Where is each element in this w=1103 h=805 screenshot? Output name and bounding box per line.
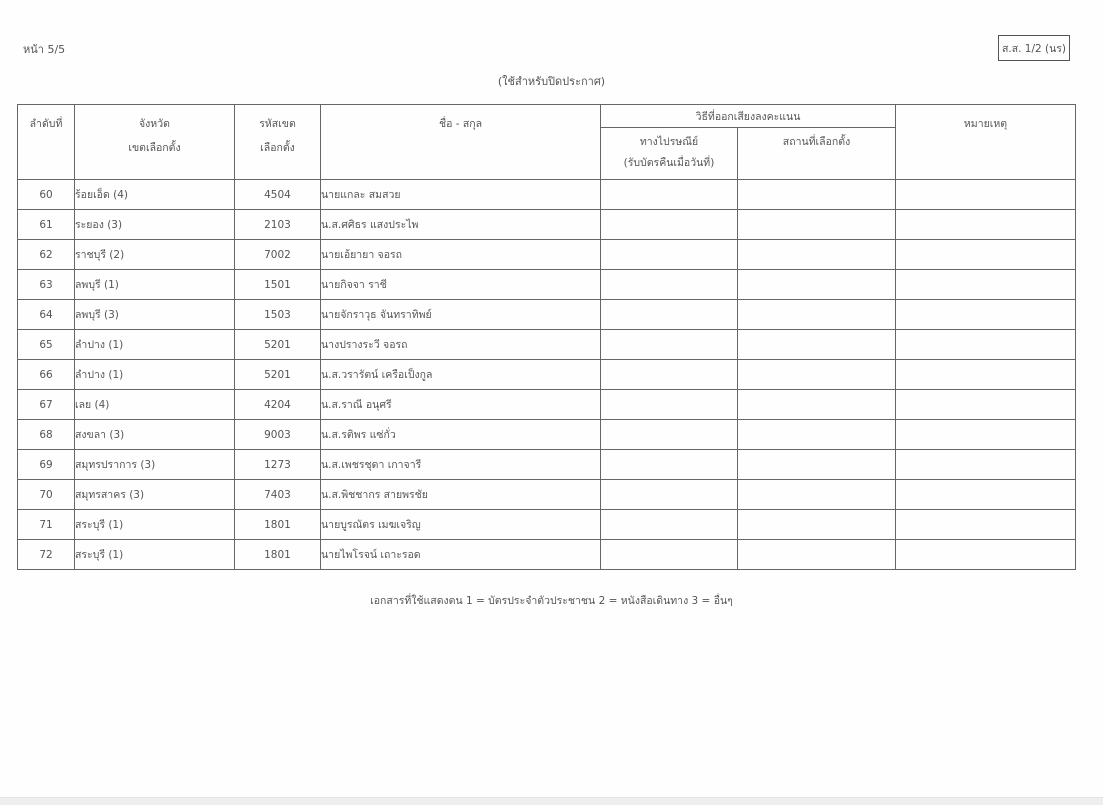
row-province: เลย (4) [75, 390, 235, 420]
table-row: 71สระบุรี (1)1801นายบูรณัตร เมฆเจริญ [18, 510, 1076, 540]
table-row: 63ลพบุรี (1)1501นายกิจจา ราชี [18, 270, 1076, 300]
row-name: น.ส.รติพร แซ่กั่ว [321, 420, 601, 450]
row-at-station [738, 540, 896, 570]
row-remarks [896, 420, 1076, 450]
header-remarks: หมายเหตุ [896, 105, 1076, 180]
row-province: ลพบุรี (3) [75, 300, 235, 330]
page-number: หน้า 5/5 [23, 40, 65, 58]
row-province: ระยอง (3) [75, 210, 235, 240]
row-name: นางปรางระวี จอรถ [321, 330, 601, 360]
row-by-post [601, 300, 738, 330]
row-remarks [896, 180, 1076, 210]
row-remarks [896, 330, 1076, 360]
header-at-station: สถานที่เลือกตั้ง [738, 128, 896, 180]
header-by-post: ทางไปรษณีย์(รับบัตรคืนเมื่อวันที่) [601, 128, 738, 180]
row-number: 70 [18, 480, 75, 510]
table-row: 62ราชบุรี (2)7002นายเอ้ยายา จอรถ [18, 240, 1076, 270]
row-name: น.ส.ศศิธร แสงประไพ [321, 210, 601, 240]
voter-table: ลำดับที่ จังหวัดเขตเลือกตั้ง รหัสเขตเลือ… [17, 104, 1076, 570]
row-by-post [601, 510, 738, 540]
table-row: 69สมุทรปราการ (3)1273น.ส.เพชรชุดา เกาจาร… [18, 450, 1076, 480]
row-province: ลำปาง (1) [75, 330, 235, 360]
row-district-code: 7002 [235, 240, 321, 270]
row-number: 71 [18, 510, 75, 540]
row-district-code: 1801 [235, 510, 321, 540]
row-name: น.ส.เพชรชุดา เกาจารี [321, 450, 601, 480]
row-province: ร้อยเอ็ด (4) [75, 180, 235, 210]
row-at-station [738, 210, 896, 240]
row-by-post [601, 540, 738, 570]
row-province: ราชบุรี (2) [75, 240, 235, 270]
row-district-code: 1273 [235, 450, 321, 480]
row-number: 67 [18, 390, 75, 420]
row-number: 65 [18, 330, 75, 360]
row-province: ลพบุรี (1) [75, 270, 235, 300]
row-remarks [896, 300, 1076, 330]
row-by-post [601, 480, 738, 510]
row-number: 72 [18, 540, 75, 570]
row-remarks [896, 510, 1076, 540]
table-row: 72สระบุรี (1)1801นายไพโรจน์ เถาะรอด [18, 540, 1076, 570]
header-province: จังหวัดเขตเลือกตั้ง [75, 105, 235, 180]
row-name: นายจักราวุธ จันทราทิพย์ [321, 300, 601, 330]
table-row: 66ลำปาง (1)5201น.ส.วรารัตน์ เครือเป็งกูล [18, 360, 1076, 390]
row-number: 66 [18, 360, 75, 390]
row-district-code: 7403 [235, 480, 321, 510]
row-remarks [896, 390, 1076, 420]
row-province: ลำปาง (1) [75, 360, 235, 390]
row-at-station [738, 510, 896, 540]
row-number: 62 [18, 240, 75, 270]
table-row: 60ร้อยเอ็ด (4)4504นายแกละ สมสวย [18, 180, 1076, 210]
row-name: นายกิจจา ราชี [321, 270, 601, 300]
document-subtitle: (ใช้สำหรับปิดประกาศ) [0, 72, 1103, 90]
row-number: 63 [18, 270, 75, 300]
viewer-bottom-bar [0, 797, 1103, 805]
row-name: นายบูรณัตร เมฆเจริญ [321, 510, 601, 540]
row-by-post [601, 330, 738, 360]
row-number: 60 [18, 180, 75, 210]
row-name: น.ส.ราณี อนุศรี [321, 390, 601, 420]
row-number: 64 [18, 300, 75, 330]
row-district-code: 2103 [235, 210, 321, 240]
row-district-code: 5201 [235, 360, 321, 390]
row-name: นายไพโรจน์ เถาะรอด [321, 540, 601, 570]
header-no: ลำดับที่ [18, 105, 75, 180]
row-at-station [738, 180, 896, 210]
row-district-code: 1801 [235, 540, 321, 570]
row-at-station [738, 480, 896, 510]
row-district-code: 1503 [235, 300, 321, 330]
row-at-station [738, 330, 896, 360]
row-name: น.ส.พิชชากร สายพรชัย [321, 480, 601, 510]
row-by-post [601, 210, 738, 240]
row-by-post [601, 360, 738, 390]
row-at-station [738, 360, 896, 390]
row-number: 68 [18, 420, 75, 450]
header-voting-method: วิธีที่ออกเสียงลงคะแนน [601, 105, 896, 128]
row-number: 69 [18, 450, 75, 480]
row-province: สมุทรปราการ (3) [75, 450, 235, 480]
row-remarks [896, 240, 1076, 270]
row-name: นายเอ้ยายา จอรถ [321, 240, 601, 270]
row-at-station [738, 300, 896, 330]
row-remarks [896, 270, 1076, 300]
header-name: ชื่อ - สกุล [321, 105, 601, 180]
row-by-post [601, 420, 738, 450]
row-remarks [896, 450, 1076, 480]
row-district-code: 4504 [235, 180, 321, 210]
row-district-code: 5201 [235, 330, 321, 360]
row-province: สระบุรี (1) [75, 510, 235, 540]
row-province: สมุทรสาคร (3) [75, 480, 235, 510]
header-district-code: รหัสเขตเลือกตั้ง [235, 105, 321, 180]
row-district-code: 1501 [235, 270, 321, 300]
row-remarks [896, 540, 1076, 570]
row-by-post [601, 270, 738, 300]
row-at-station [738, 240, 896, 270]
row-province: สงขลา (3) [75, 420, 235, 450]
table-row: 65ลำปาง (1)5201นางปรางระวี จอรถ [18, 330, 1076, 360]
row-at-station [738, 270, 896, 300]
row-remarks [896, 360, 1076, 390]
id-document-legend: เอกสารที่ใช้แสดงตน 1 = บัตรประจำตัวประชา… [0, 592, 1103, 609]
row-by-post [601, 240, 738, 270]
row-province: สระบุรี (1) [75, 540, 235, 570]
row-number: 61 [18, 210, 75, 240]
row-name: น.ส.วรารัตน์ เครือเป็งกูล [321, 360, 601, 390]
table-row: 70สมุทรสาคร (3)7403น.ส.พิชชากร สายพรชัย [18, 480, 1076, 510]
row-by-post [601, 450, 738, 480]
row-by-post [601, 390, 738, 420]
row-remarks [896, 210, 1076, 240]
row-district-code: 4204 [235, 390, 321, 420]
form-code-badge: ส.ส. 1/2 (นร) [998, 35, 1070, 61]
table-row: 67เลย (4)4204น.ส.ราณี อนุศรี [18, 390, 1076, 420]
row-at-station [738, 390, 896, 420]
row-at-station [738, 450, 896, 480]
row-district-code: 9003 [235, 420, 321, 450]
table-row: 68สงขลา (3)9003น.ส.รติพร แซ่กั่ว [18, 420, 1076, 450]
row-name: นายแกละ สมสวย [321, 180, 601, 210]
row-at-station [738, 420, 896, 450]
row-by-post [601, 180, 738, 210]
table-row: 61ระยอง (3)2103น.ส.ศศิธร แสงประไพ [18, 210, 1076, 240]
row-remarks [896, 480, 1076, 510]
table-row: 64ลพบุรี (3)1503นายจักราวุธ จันทราทิพย์ [18, 300, 1076, 330]
